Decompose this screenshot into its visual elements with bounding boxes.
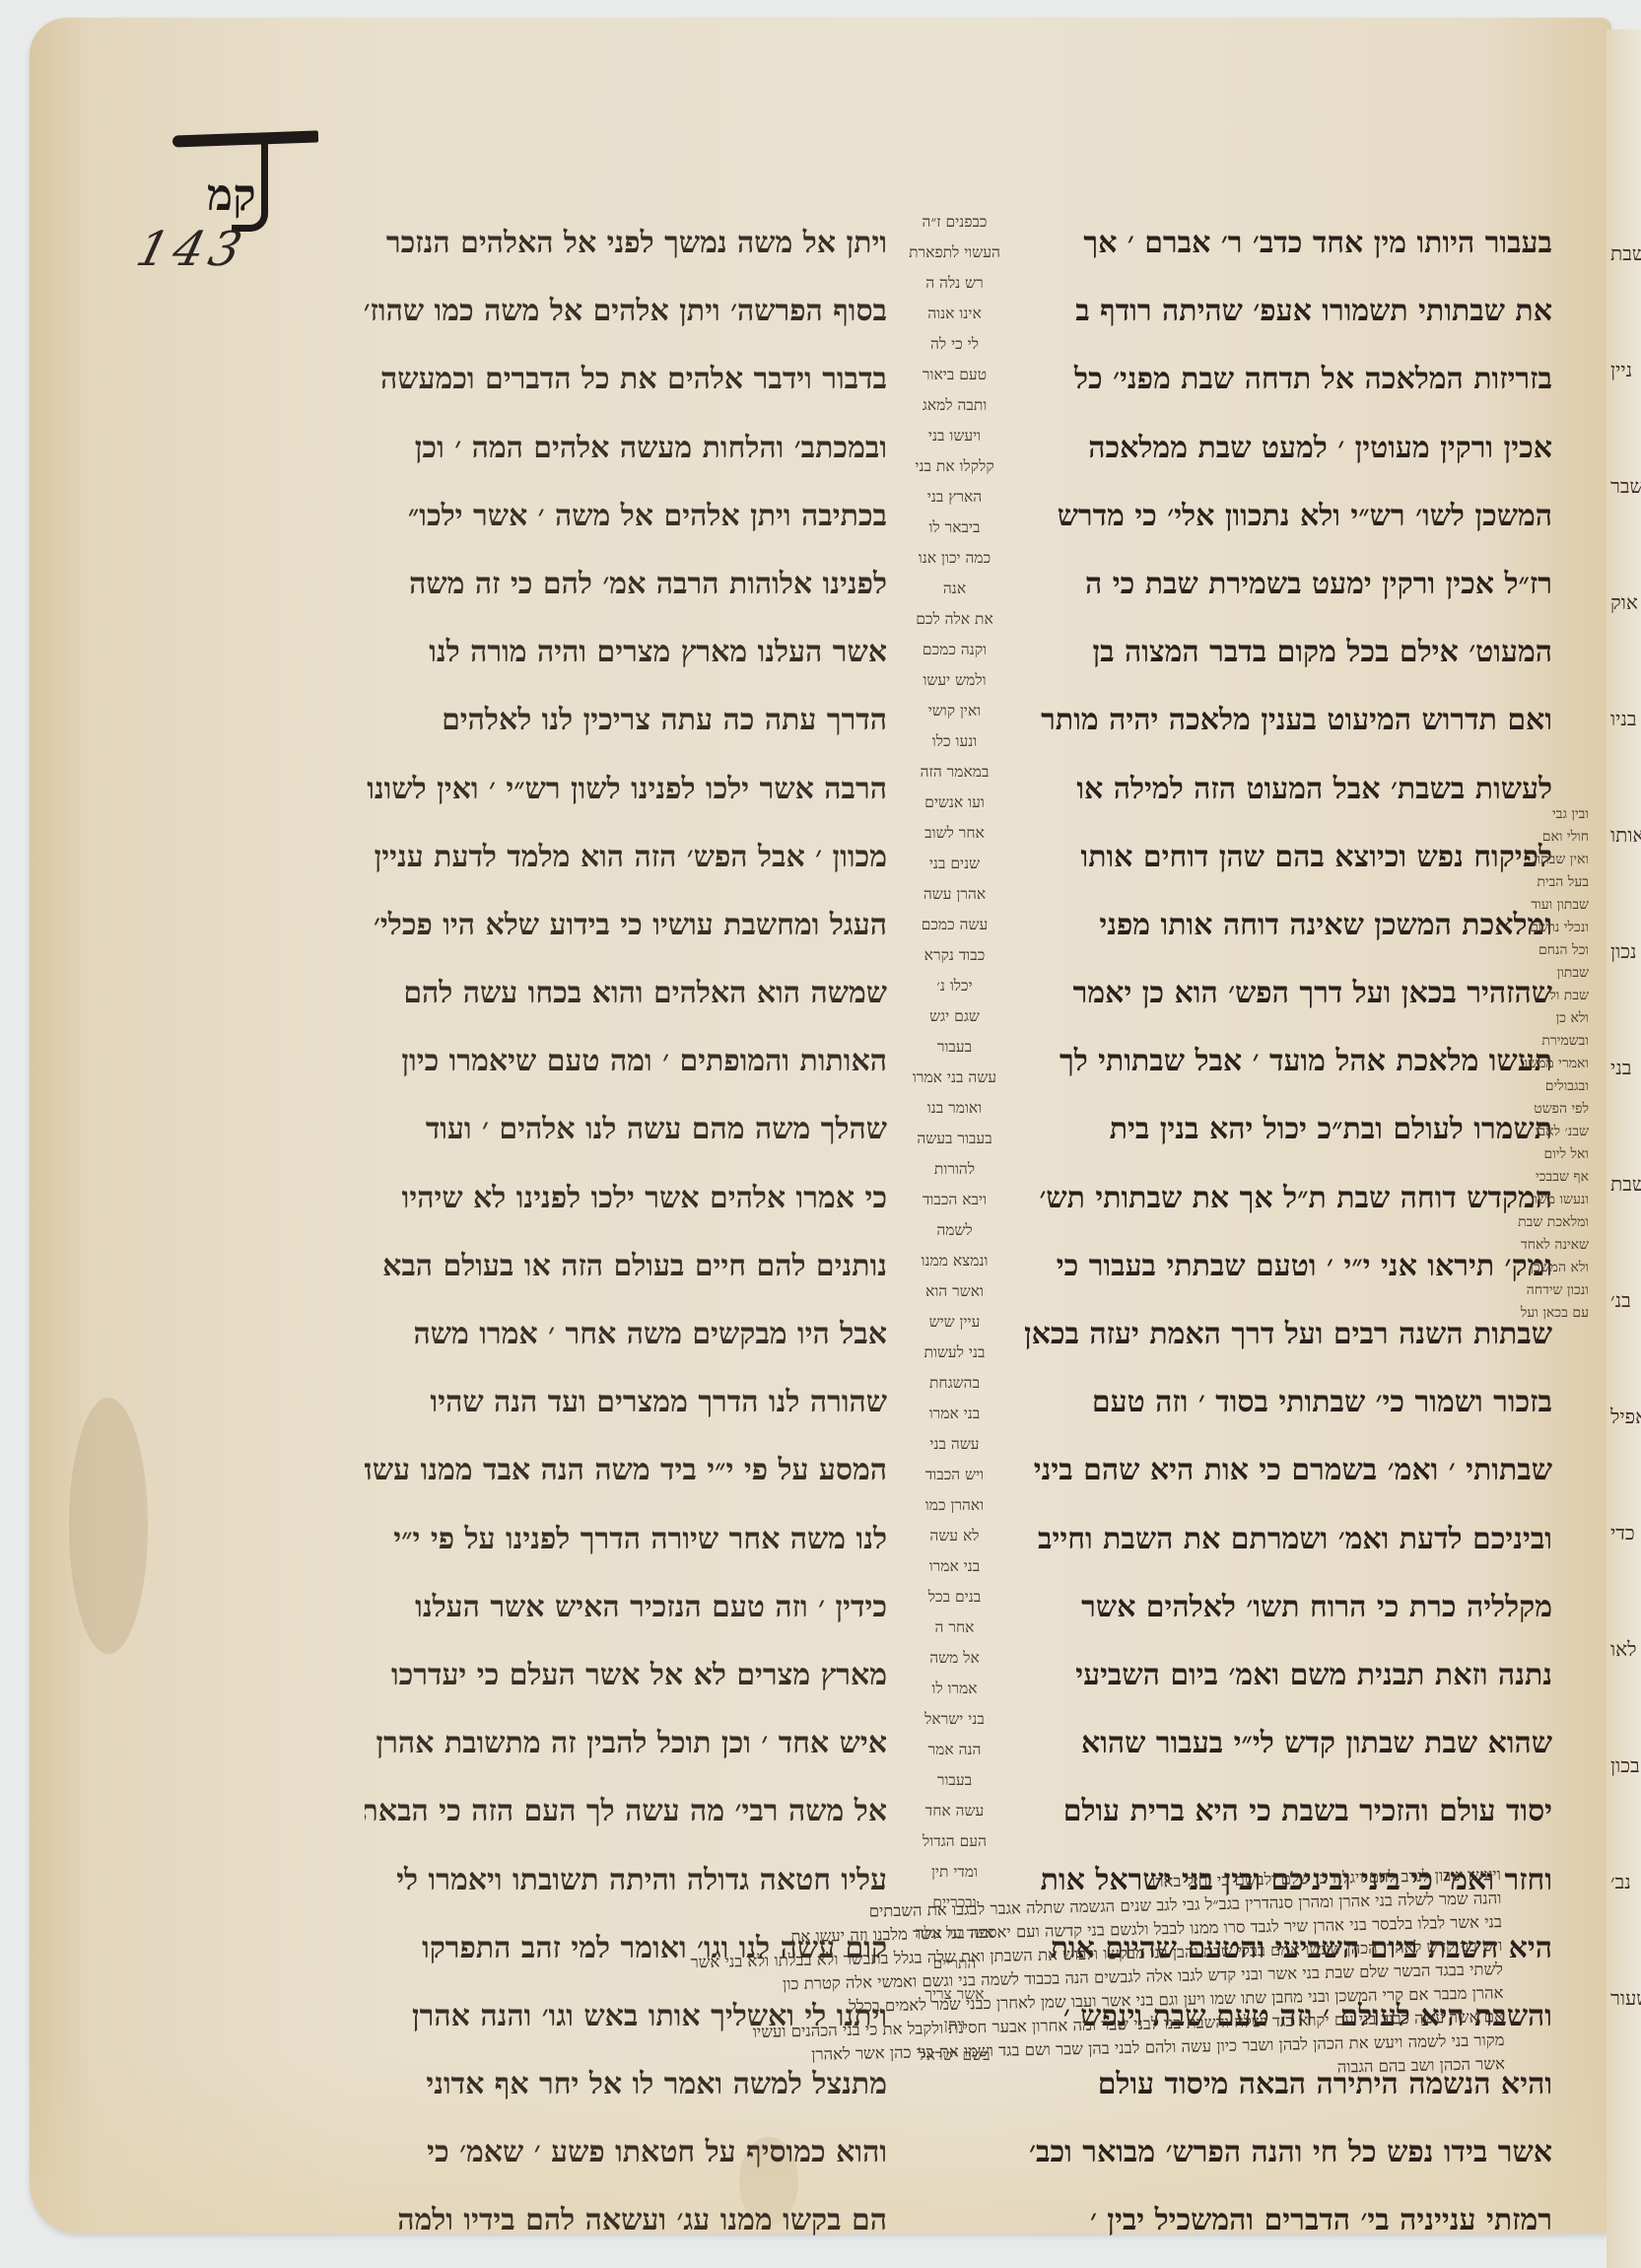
adjacent-page-text-fragment: לאו: [1610, 1637, 1636, 1662]
gloss-line: לא עשה: [883, 1521, 1026, 1551]
gloss-line: ונכון שידחה: [1510, 1279, 1589, 1302]
gloss-line: עשה אחד: [883, 1796, 1026, 1826]
gloss-line: בעבור: [883, 1765, 1026, 1796]
gloss-line: עשה כמכם: [883, 910, 1026, 940]
text-line: ויתן אל משה נמשך לפני אל האלהים הנזכר: [365, 209, 887, 277]
text-line: בזריזות המלאכה אל תדחה שבת מפני׳ כל: [1025, 345, 1552, 413]
gloss-line: העשוי לתפארת: [883, 238, 1026, 268]
adjacent-page-text-fragment: אפיל: [1610, 1405, 1641, 1429]
adjacent-page-text-fragment: אותו: [1610, 823, 1641, 848]
gloss-line: בני אמרו: [883, 1551, 1026, 1582]
gloss-line: בני אמרו: [883, 1399, 1026, 1429]
folio-hebrew-letter: קמ: [207, 171, 256, 221]
gloss-line: ונעשו משו: [1510, 1189, 1589, 1211]
text-line: בסוף הפרשה׳ ויתן אלהים אל משה כמו שהוז׳: [365, 277, 887, 345]
gloss-line: שאינה לאחד: [1510, 1234, 1589, 1257]
gloss-line: אנה: [883, 574, 1026, 604]
gloss-line: במאמר הזה: [883, 757, 1026, 788]
gloss-line: טעם ביאור: [883, 360, 1026, 390]
gloss-line: העם הגדול: [883, 1826, 1026, 1857]
adjacent-page-text-fragment: ניין: [1610, 358, 1632, 382]
gloss-line: ולא המשכן: [1510, 1257, 1589, 1279]
gloss-line: ומלאכת שבת: [1510, 1211, 1589, 1234]
text-line: לפיקוח נפש וכיוצא בהם שהן דוחים אותו: [1025, 823, 1552, 891]
gloss-line: הארץ בני: [883, 482, 1026, 513]
text-line: הם בקשו ממנו עג׳ ועשאה להם בידיו ולמה: [365, 2186, 887, 2254]
gloss-line: לשמה: [883, 1215, 1026, 1246]
text-line: שמשה הוא האלהים והוא בכחו עשה להם: [365, 959, 887, 1027]
gloss-line: ובין גבי: [1510, 803, 1589, 826]
adjacent-page-text-fragment: בני: [1610, 1056, 1631, 1080]
text-line: שהזהיר בכאן ועל דרך הפש׳ הוא כן יאמר: [1025, 959, 1552, 1027]
gloss-line: לי כי לה: [883, 329, 1026, 360]
gloss-line: אמרו לו: [883, 1674, 1026, 1704]
text-line: יסוד עולם והזכיר בשבת כי היא ברית עולם: [1025, 1777, 1552, 1845]
gloss-line: בני ישראל: [883, 1704, 1026, 1735]
gloss-line: ואשר הוא: [883, 1276, 1026, 1307]
gloss-line: יכלו נ׳: [883, 971, 1026, 1001]
adjacent-page-text-fragment: נכון: [1610, 939, 1637, 964]
text-line: ואם תדרוש המיעוט בענין מלאכה יהיה מותר: [1025, 686, 1552, 754]
text-line: את שבתותי תשמורו אעפ׳ שהיתה רודף ב: [1025, 277, 1552, 345]
text-line: תעשו מלאכת אהל מועד ׳ אבל שבתותי לך: [1025, 1027, 1552, 1095]
gloss-line: אינו אנוה: [883, 299, 1026, 329]
text-line: בדבור וידבר אלהים את כל הדברים וכמעשה: [365, 345, 887, 413]
gloss-line: ובגבולים: [1510, 1075, 1589, 1098]
gloss-line: כבפנים ז״ה: [883, 207, 1026, 238]
gloss-line: בני לעשות: [883, 1338, 1026, 1368]
gloss-line: ויעשו בני: [883, 421, 1026, 451]
text-line: כי אמרו אלהים אשר ילכו לפנינו לא שיהיו: [365, 1164, 887, 1232]
gloss-line: כבוד נקרא: [883, 940, 1026, 971]
gloss-line: שגם יגש: [883, 1001, 1026, 1032]
gloss-line: קלקלו את בני: [883, 451, 1026, 482]
text-line: רמזתי ענייניה בי׳ הדברים והמשכיל יבין ׳: [1025, 2186, 1552, 2254]
gloss-line: ובשמירת: [1510, 1030, 1589, 1053]
gloss-line: עם בכאן ועל: [1510, 1302, 1589, 1325]
text-line: המשכן לשו׳ רש״י ולא נתכוון אלי׳ כי מדרש: [1025, 482, 1552, 550]
gloss-line: אהרן עשה: [883, 879, 1026, 910]
text-line: מקלליה כרת כי הרוח תשו׳ לאלהים אשר: [1025, 1573, 1552, 1641]
text-line: העגל ומחשבת עושיו כי בידוע שלא היו פכלי׳: [365, 891, 887, 959]
gloss-line: חולי ואם: [1510, 826, 1589, 849]
gloss-line: אחר ה: [883, 1613, 1026, 1643]
text-line: אכין ורקין מעוטין ׳ למעט שבת ממלאכה: [1025, 414, 1552, 482]
gloss-line: בנים בכל: [883, 1582, 1026, 1613]
gloss-line: ויש הכבוד: [883, 1460, 1026, 1490]
text-line: שהלך משה מהם עשה לנו אלהים ׳ ועוד: [365, 1095, 887, 1163]
text-line: מארץ מצרים לא אל אשר העלם כי יעדרכו: [365, 1641, 887, 1709]
text-line: והוא כמוסיף על חטאתו פשע ׳ שאמ׳ כי: [365, 2118, 887, 2186]
gloss-line: אף שבבכי: [1510, 1166, 1589, 1189]
text-line: אשר בידו נפש כל חי והנה הפרש׳ מבואר וכב׳: [1025, 2118, 1552, 2186]
gloss-line: ביבאר לו: [883, 513, 1026, 543]
gloss-line: ונכלי נרשם: [1510, 917, 1589, 939]
gloss-line: וכל הנחם: [1510, 939, 1589, 962]
text-line: הדרך עתה כה עתה צריכין לנו לאלהים: [365, 686, 887, 754]
gloss-line: שבתון ועוד: [1510, 894, 1589, 917]
gloss-line: בעל הבית: [1510, 871, 1589, 894]
gloss-line: אחר לשוב: [883, 818, 1026, 849]
right-margin-glosses: ובין גביחולי ואםואין שבתוןבעל הביתשבתון …: [1510, 803, 1589, 1325]
text-line: בכתיבה ויתן אלהים אל משה ׳ אשר ילכו״: [365, 482, 887, 550]
text-line: כידין ׳ וזה טעם הנזכיר האיש אשר העלנו: [365, 1573, 887, 1641]
gloss-line: כמה יכון אנו: [883, 543, 1026, 574]
gloss-line: ונעו כלו: [883, 726, 1026, 757]
text-line: איש אחד ׳ וכן תוכל להבין זה מתשובת אהרן: [365, 1709, 887, 1777]
gloss-line: עשה בני: [883, 1429, 1026, 1460]
gloss-line: את אלה לכם: [883, 604, 1026, 635]
folio-number: 143: [131, 222, 253, 277]
bottom-marginal-notes: ויעשו שבון לנדב להם ויגלח כן שלם ולבשם כ…: [377, 1863, 1505, 2099]
text-line: הרבה אשר ילכו לפנינו לשון רש״י ׳ ואין לש…: [365, 755, 887, 823]
text-line: בזכור ושמור כי׳ שבתותי בסוד ׳ וזה טעם: [1025, 1368, 1552, 1436]
text-line: המעוט׳ אילם בכל מקום בדבר המצוה בן: [1025, 618, 1552, 686]
gloss-line: להורות: [883, 1154, 1026, 1185]
adjacent-page-text-fragment: שעור: [1610, 1986, 1641, 2011]
adjacent-page-text-fragment: בנ׳: [1610, 1288, 1631, 1313]
gloss-line: ואין שבתון: [1510, 849, 1589, 871]
adjacent-page-text-fragment: השבת: [1610, 1172, 1641, 1197]
gloss-line: עשה בני אמרו: [883, 1063, 1026, 1093]
text-line: שבתות השנה רבים ועל דרך האמת יעזה בכאן: [1025, 1300, 1552, 1368]
text-line: שבתותי ׳ ואמ׳ בשמרם כי אות היא שהם ביני: [1025, 1436, 1552, 1504]
gloss-line: שבתון: [1510, 962, 1589, 985]
gloss-line: ולא כן: [1510, 1007, 1589, 1030]
adjacent-page-text-fragment: בכון: [1610, 1753, 1640, 1778]
text-line: רז״ל אכין ורקין ימעט בשמירת שבת כי ה: [1025, 550, 1552, 618]
gloss-line: ואין קושי: [883, 696, 1026, 726]
gloss-line: אל משה: [883, 1643, 1026, 1674]
gloss-line: ואמרי ממשו: [1510, 1053, 1589, 1075]
gloss-line: עיין שיש: [883, 1307, 1026, 1338]
text-line: אל משה רבי׳ מה עשה לך העם הזה כי הבאת: [365, 1777, 887, 1845]
text-line: האותות והמופתים ׳ ומה טעם שיאמרו כיון: [365, 1027, 887, 1095]
text-line: שהוא שבת שבתון קדש לי״י בעבור שהוא: [1025, 1709, 1552, 1777]
inner-margin-glosses: כבפנים ז״ההעשוי לתפארתרש נלה האינו אנוהל…: [883, 207, 1026, 2071]
gloss-line: ויבא הכבוד: [883, 1185, 1026, 1215]
adjacent-page-text-fragment: ושבר: [1610, 474, 1641, 499]
adjacent-page-text-fragment: בניו: [1610, 707, 1637, 731]
text-line: ובמכתב׳ והלחות מעשה אלהים המה ׳ וכן: [365, 414, 887, 482]
gloss-line: וקנה כמכם: [883, 635, 1026, 665]
gloss-line: ולמש יעשו: [883, 665, 1026, 696]
text-line: ומק׳ תיראו אני י״י ׳ וטעם שבתתי בעבור כי: [1025, 1232, 1552, 1300]
text-line: וביניכם לדעת ואמ׳ ושמרתם את השבת וחייב: [1025, 1505, 1552, 1573]
text-line: אבל היו מבקשים משה אחר ׳ אמרו משה: [365, 1300, 887, 1368]
gloss-line: שבנ׳ לאבו: [1510, 1121, 1589, 1143]
text-line: נותנים להם חיים בעולם הזה או בעולם הבא: [365, 1232, 887, 1300]
gloss-line: הנה אמר: [883, 1735, 1026, 1765]
adjacent-page-text-fragment: שבת: [1610, 241, 1641, 266]
gloss-line: בעבור: [883, 1032, 1026, 1063]
text-line: המקדש דוחה שבת ת״ל אך את שבתותי תש׳: [1025, 1164, 1552, 1232]
text-line: לפנינו אלוהות הרבה אמ׳ להם כי זה משה: [365, 550, 887, 618]
gloss-line: רש נלה ה: [883, 268, 1026, 299]
gloss-line: ואל ליום: [1510, 1143, 1589, 1166]
adjacent-page-edge: שבתנייןושבראוקבניואותונכוןבניהשבתבנ׳אפיל…: [1607, 30, 1641, 2268]
parchment-stain: [69, 1398, 148, 1654]
gloss-line: ואומר בנו: [883, 1093, 1026, 1124]
gloss-line: ועו אנשים: [883, 788, 1026, 818]
gloss-line: ותבה למאג: [883, 390, 1026, 421]
gloss-line: שנים בני: [883, 849, 1026, 879]
gloss-line: ונמצא ממנו: [883, 1246, 1026, 1276]
gloss-line: לפי הפשט: [1510, 1098, 1589, 1121]
text-line: בעבור היותו מין אחד כדב׳ ר׳ אברם ׳ אך: [1025, 209, 1552, 277]
text-line: לעשות בשבת׳ אבל המעוט הזה למילה או: [1025, 755, 1552, 823]
text-line: תשמרו לעולם ובת״כ יכול יהא בנין בית: [1025, 1095, 1552, 1163]
text-line: נתנה וזאת תבנית משם ואמ׳ ביום השביעי: [1025, 1641, 1552, 1709]
adjacent-page-text-fragment: כדי: [1610, 1521, 1635, 1546]
gloss-line: בהשגחת: [883, 1368, 1026, 1399]
text-line: ומלאכת המשכן שאינה דוחה אותו מפני: [1025, 891, 1552, 959]
gloss-line: בעבור בעשה: [883, 1124, 1026, 1154]
text-line: שהורה לנו הדרך ממצרים ועד הנה שהיו: [365, 1368, 887, 1436]
adjacent-page-text-fragment: אוק: [1610, 590, 1638, 615]
gloss-line: שבת ול: [1510, 985, 1589, 1007]
gloss-line: ואהרן כמו: [883, 1490, 1026, 1521]
text-line: אשר העלנו מארץ מצרים והיה מורה לנו: [365, 618, 887, 686]
text-line: המסע על פי י״י ביד משה הנה אבד ממנו עשה: [365, 1436, 887, 1504]
adjacent-page-text-fragment: נב׳: [1610, 1870, 1631, 1894]
text-line: לנו משה אחר שיורה הדרך לפנינו על פי י״י: [365, 1505, 887, 1573]
text-line: מכוון ׳ אבל הפש׳ הזה הוא מלמד לדעת עניין: [365, 823, 887, 891]
